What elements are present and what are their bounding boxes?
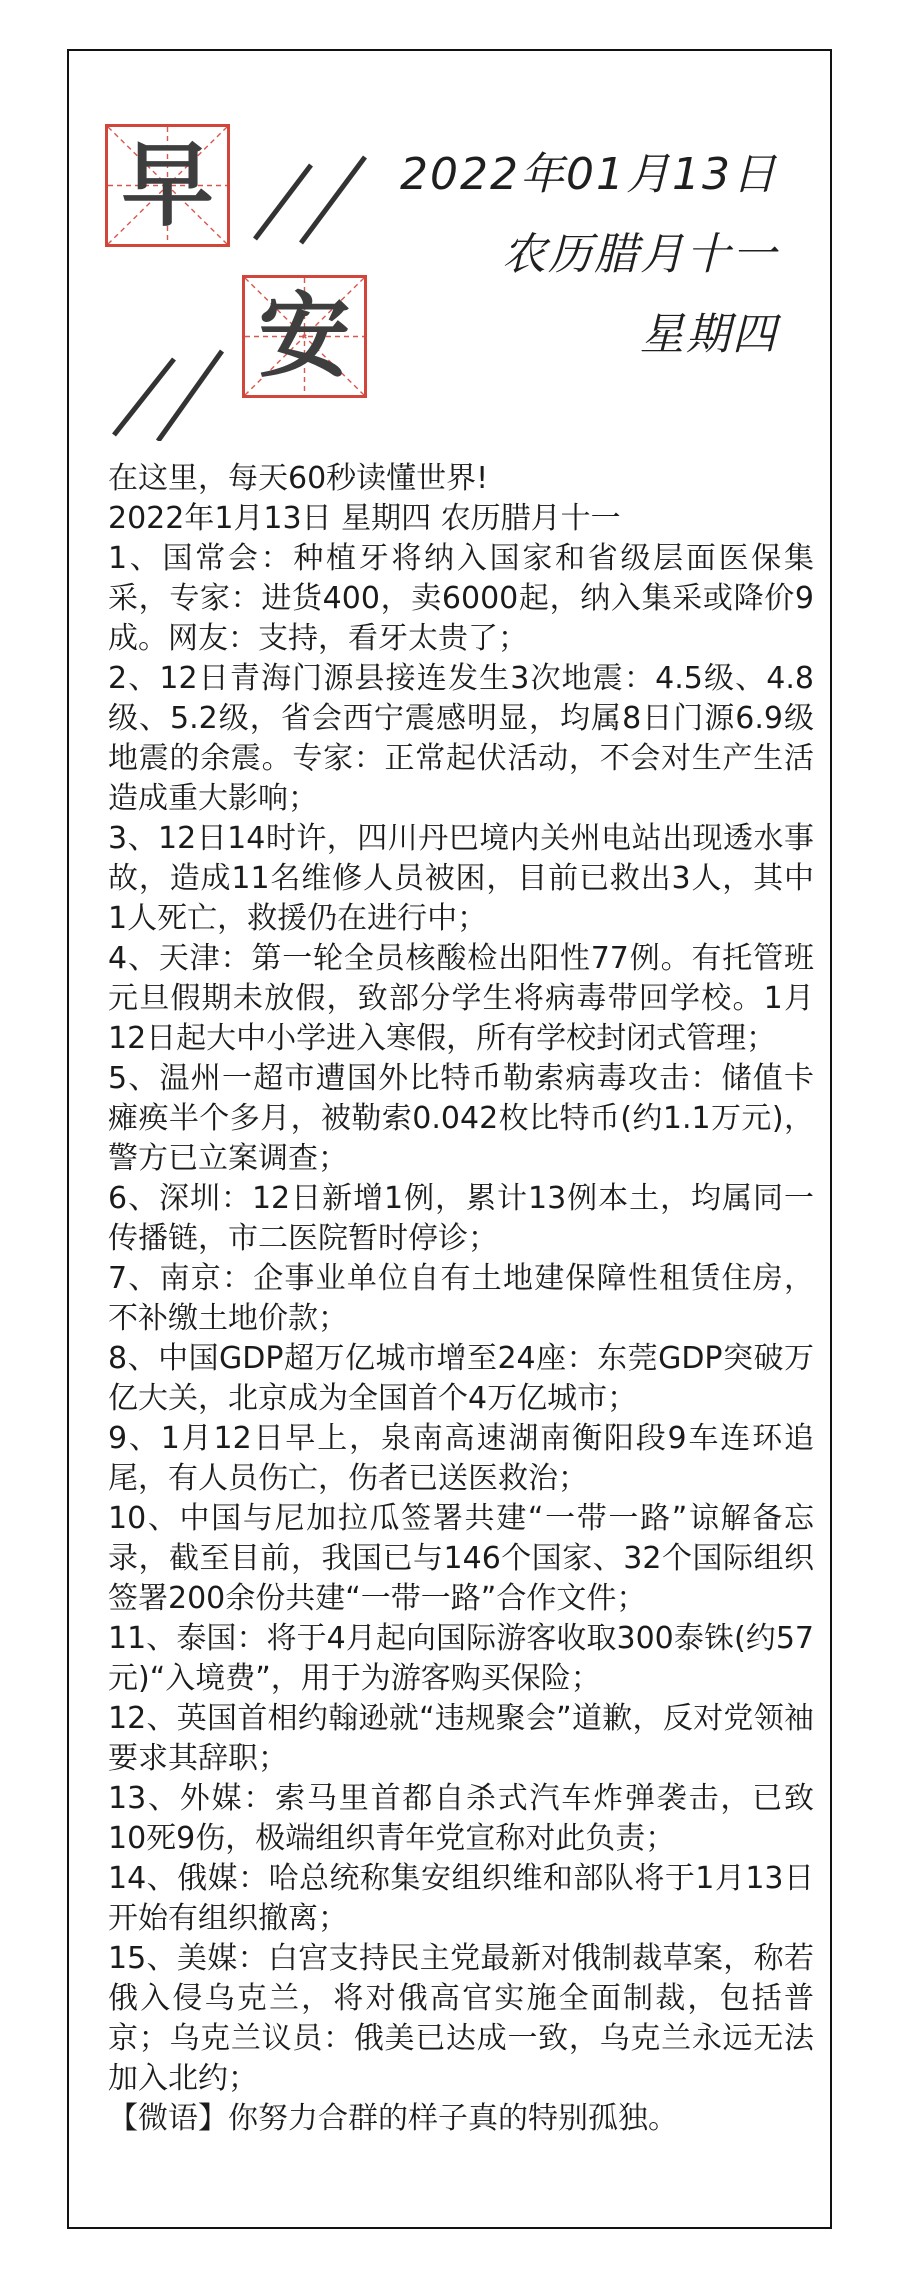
news-item: 3、12日14时许，四川丹巴境内关州电站出现透水事故，造成11名维修人员被困，目… — [108, 819, 814, 939]
intro-line-2: 2022年1月13日 星期四 农历腊月十一 — [108, 499, 814, 539]
news-item: 12、英国首相约翰逊就“违规聚会”道歉，反对党领袖要求其辞职； — [108, 1699, 814, 1779]
news-item: 7、南京：企事业单位自有土地建保障性租赁住房，不补缴土地价款； — [108, 1259, 814, 1339]
date-line: 2022年01月13日 — [400, 135, 778, 215]
news-item: 5、温州一超市遭国外比特币勒索病毒攻击：储值卡瘫痪半个多月，被勒索0.042枚比… — [108, 1059, 814, 1179]
news-item: 8、中国GDP超万亿城市增至24座：东莞GDP突破万亿大关，北京成为全国首个4万… — [108, 1339, 814, 1419]
date-block: 2022年01月13日 农历腊月十一 星期四 — [400, 135, 778, 375]
news-item: 9、1月12日早上，泉南高速湖南衡阳段9车连环追尾，有人员伤亡，伤者已送医救治； — [108, 1419, 814, 1499]
slash-marks-icon — [111, 323, 236, 441]
news-item: 10、中国与尼加拉瓜签署共建“一带一路”谅解备忘录，截至目前，我国已与146个国… — [108, 1499, 814, 1619]
news-item: 15、美媒：白宫支持民主党最新对俄制裁草案，称若俄入侵乌克兰，将对俄高官实施全面… — [108, 1939, 814, 2099]
news-item: 6、深圳：12日新增1例，累计13例本土，均属同一传播链，市二医院暂时停诊； — [108, 1179, 814, 1259]
slash-marks-icon — [252, 151, 374, 245]
weekday-line: 星期四 — [400, 295, 778, 375]
brand-char-zao: 早 — [108, 127, 227, 244]
news-item: 13、外媒：索马里首都自杀式汽车炸弹袭击，已致10死9伤，极端组织青年党宣称对此… — [108, 1779, 814, 1859]
news-item: 2、12日青海门源县接连发生3次地震：4.5级、4.8级、5.2级，省会西宁震感… — [108, 659, 814, 819]
brand-char-an: 安 — [245, 278, 364, 395]
news-card: 早 安 2022年01月13日 农历腊月十一 星期四 在这里，每天60秒读懂世界… — [67, 49, 832, 2229]
lunar-date-line: 农历腊月十一 — [400, 215, 778, 295]
news-item: 14、俄媒：哈总统称集安组织维和部队将于1月13日开始有组织撤离； — [108, 1859, 814, 1939]
news-item: 1、国常会：种植牙将纳入国家和省级层面医保集采，专家：进货400，卖6000起，… — [108, 539, 814, 659]
news-item: 4、天津：第一轮全员核酸检出阳性77例。有托管班元旦假期未放假，致部分学生将病毒… — [108, 939, 814, 1059]
page: { "meta": { "accent_red": "#d1453a", "ch… — [0, 0, 900, 2280]
brand-char-box-an: 安 — [242, 275, 367, 398]
news-body: 在这里，每天60秒读懂世界! 2022年1月13日 星期四 农历腊月十一 1、国… — [108, 459, 814, 2139]
brand-char-box-zao: 早 — [105, 124, 230, 247]
weiyu-line: 【微语】你努力合群的样子真的特别孤独。 — [108, 2099, 814, 2139]
intro-line-1: 在这里，每天60秒读懂世界! — [108, 459, 814, 499]
news-item: 11、泰国：将于4月起向国际游客收取300泰铢(约57元)“入境费”，用于为游客… — [108, 1619, 814, 1699]
